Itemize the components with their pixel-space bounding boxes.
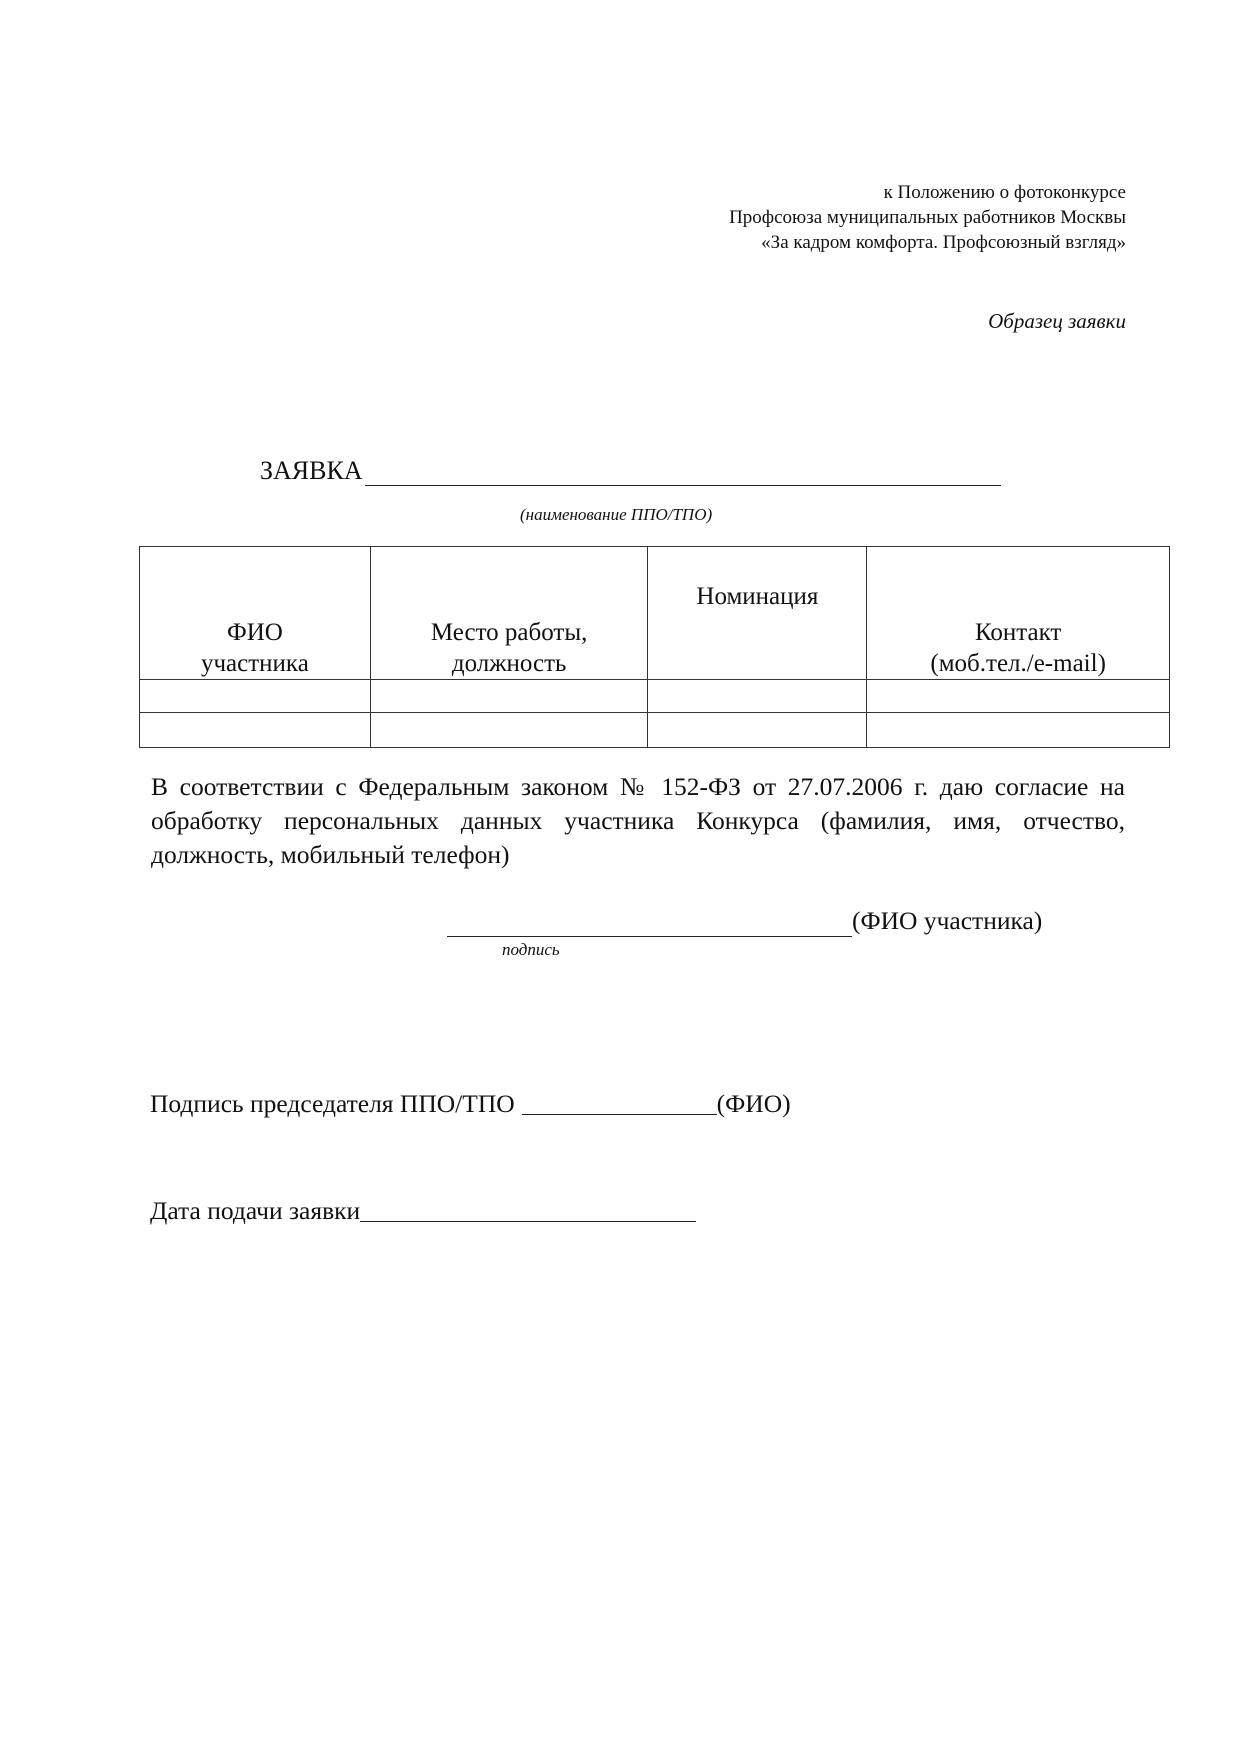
header-text: Место работы, <box>431 619 588 646</box>
table-cell[interactable] <box>370 713 648 748</box>
header-text: Контакт <box>975 619 1061 646</box>
header-line: Профсоюза муниципальных работников Москв… <box>729 205 1126 230</box>
table-row <box>140 680 1170 713</box>
column-header-contact: Контакт (моб.тел./e-mail) <box>867 547 1170 680</box>
application-title: ЗАЯВКА <box>260 456 363 486</box>
header-text: участника <box>201 650 309 677</box>
submission-date-row: Дата подачи заявки <box>150 1195 696 1226</box>
table-cell[interactable] <box>867 680 1170 713</box>
header-text: ФИО <box>227 619 283 646</box>
signature-caption: подпись <box>502 940 560 960</box>
organization-name-field[interactable] <box>365 455 1001 486</box>
header-text: должность <box>452 650 567 677</box>
application-title-row: ЗАЯВКА <box>260 455 1001 486</box>
consent-paragraph: В соответствии с Федеральным законом № 1… <box>151 770 1125 872</box>
header-line: «За кадром комфорта. Профсоюзный взгляд» <box>729 230 1126 255</box>
chair-signature-field[interactable] <box>522 1088 717 1115</box>
table-cell[interactable] <box>648 680 867 713</box>
header-text: (моб.тел./e-mail) <box>930 650 1106 677</box>
submission-date-field[interactable] <box>360 1195 696 1222</box>
column-header-workplace: Место работы, должность <box>370 547 648 680</box>
table-cell[interactable] <box>140 680 371 713</box>
participant-table: ФИО участника Место работы, должность Но… <box>139 546 1170 748</box>
participant-signature-field[interactable] <box>447 910 852 937</box>
table-cell[interactable] <box>370 680 648 713</box>
header-text: Номинация <box>696 583 818 610</box>
table-cell[interactable] <box>140 713 371 748</box>
regulation-reference: к Положению о фотоконкурсе Профсоюза мун… <box>729 180 1126 255</box>
organization-name-caption: (наименование ППО/ТПО) <box>520 505 712 525</box>
column-header-name: ФИО участника <box>140 547 371 680</box>
participant-name-label: (ФИО участника) <box>852 906 1042 936</box>
table-cell[interactable] <box>867 713 1170 748</box>
table-header-row: ФИО участника Место работы, должность Но… <box>140 547 1170 680</box>
column-header-nomination: Номинация <box>648 547 867 680</box>
table-row <box>140 713 1170 748</box>
sample-label: Образец заявки <box>988 309 1126 334</box>
header-line: к Положению о фотоконкурсе <box>729 180 1126 205</box>
chair-name-label: (ФИО) <box>717 1089 791 1119</box>
chair-signature-row: Подпись председателя ППО/ТПО (ФИО) <box>150 1088 791 1119</box>
table-cell[interactable] <box>648 713 867 748</box>
submission-date-label: Дата подачи заявки <box>150 1196 360 1226</box>
chair-signature-label: Подпись председателя ППО/ТПО <box>150 1089 515 1119</box>
